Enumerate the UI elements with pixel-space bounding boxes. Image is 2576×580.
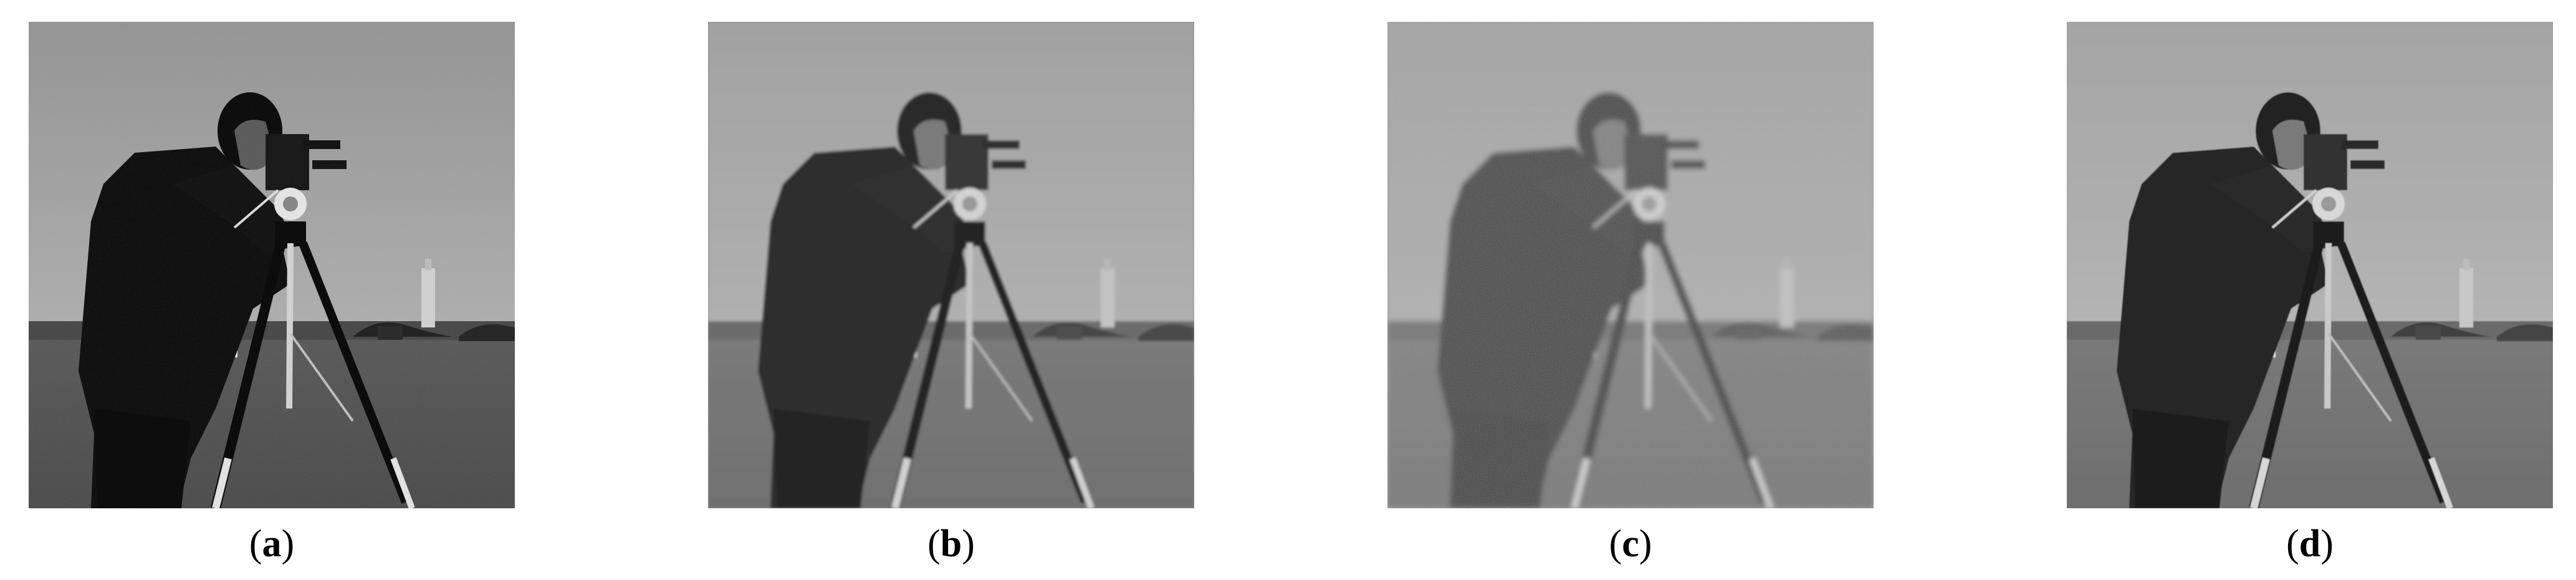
caption-open-paren: ( — [927, 523, 941, 565]
panel-image-b — [708, 22, 1194, 508]
cameraman-blurred-image — [1387, 22, 1874, 508]
cameraman-noisy-image — [29, 22, 515, 508]
caption-open-paren: ( — [249, 523, 262, 565]
cameraman-restored-image — [2067, 22, 2553, 508]
caption-letter: a — [262, 523, 282, 565]
panel-image-c — [1387, 22, 1874, 508]
caption-letter: d — [2299, 523, 2320, 565]
caption-close-paren: ) — [282, 523, 295, 565]
caption-c: (c) — [1387, 519, 1874, 569]
caption-letter: b — [941, 523, 962, 565]
caption-b: (b) — [708, 519, 1194, 569]
caption-close-paren: ) — [2320, 523, 2334, 565]
caption-open-paren: ( — [1609, 523, 1622, 565]
caption-letter: c — [1622, 523, 1639, 565]
caption-open-paren: ( — [2286, 523, 2299, 565]
caption-d: (d) — [2067, 519, 2553, 569]
caption-close-paren: ) — [962, 523, 975, 565]
caption-close-paren: ) — [1639, 523, 1652, 565]
caption-a: (a) — [29, 519, 515, 569]
panel-image-d — [2067, 22, 2553, 508]
cameraman-smoothed-image — [708, 22, 1194, 508]
panel-image-a — [29, 22, 515, 508]
